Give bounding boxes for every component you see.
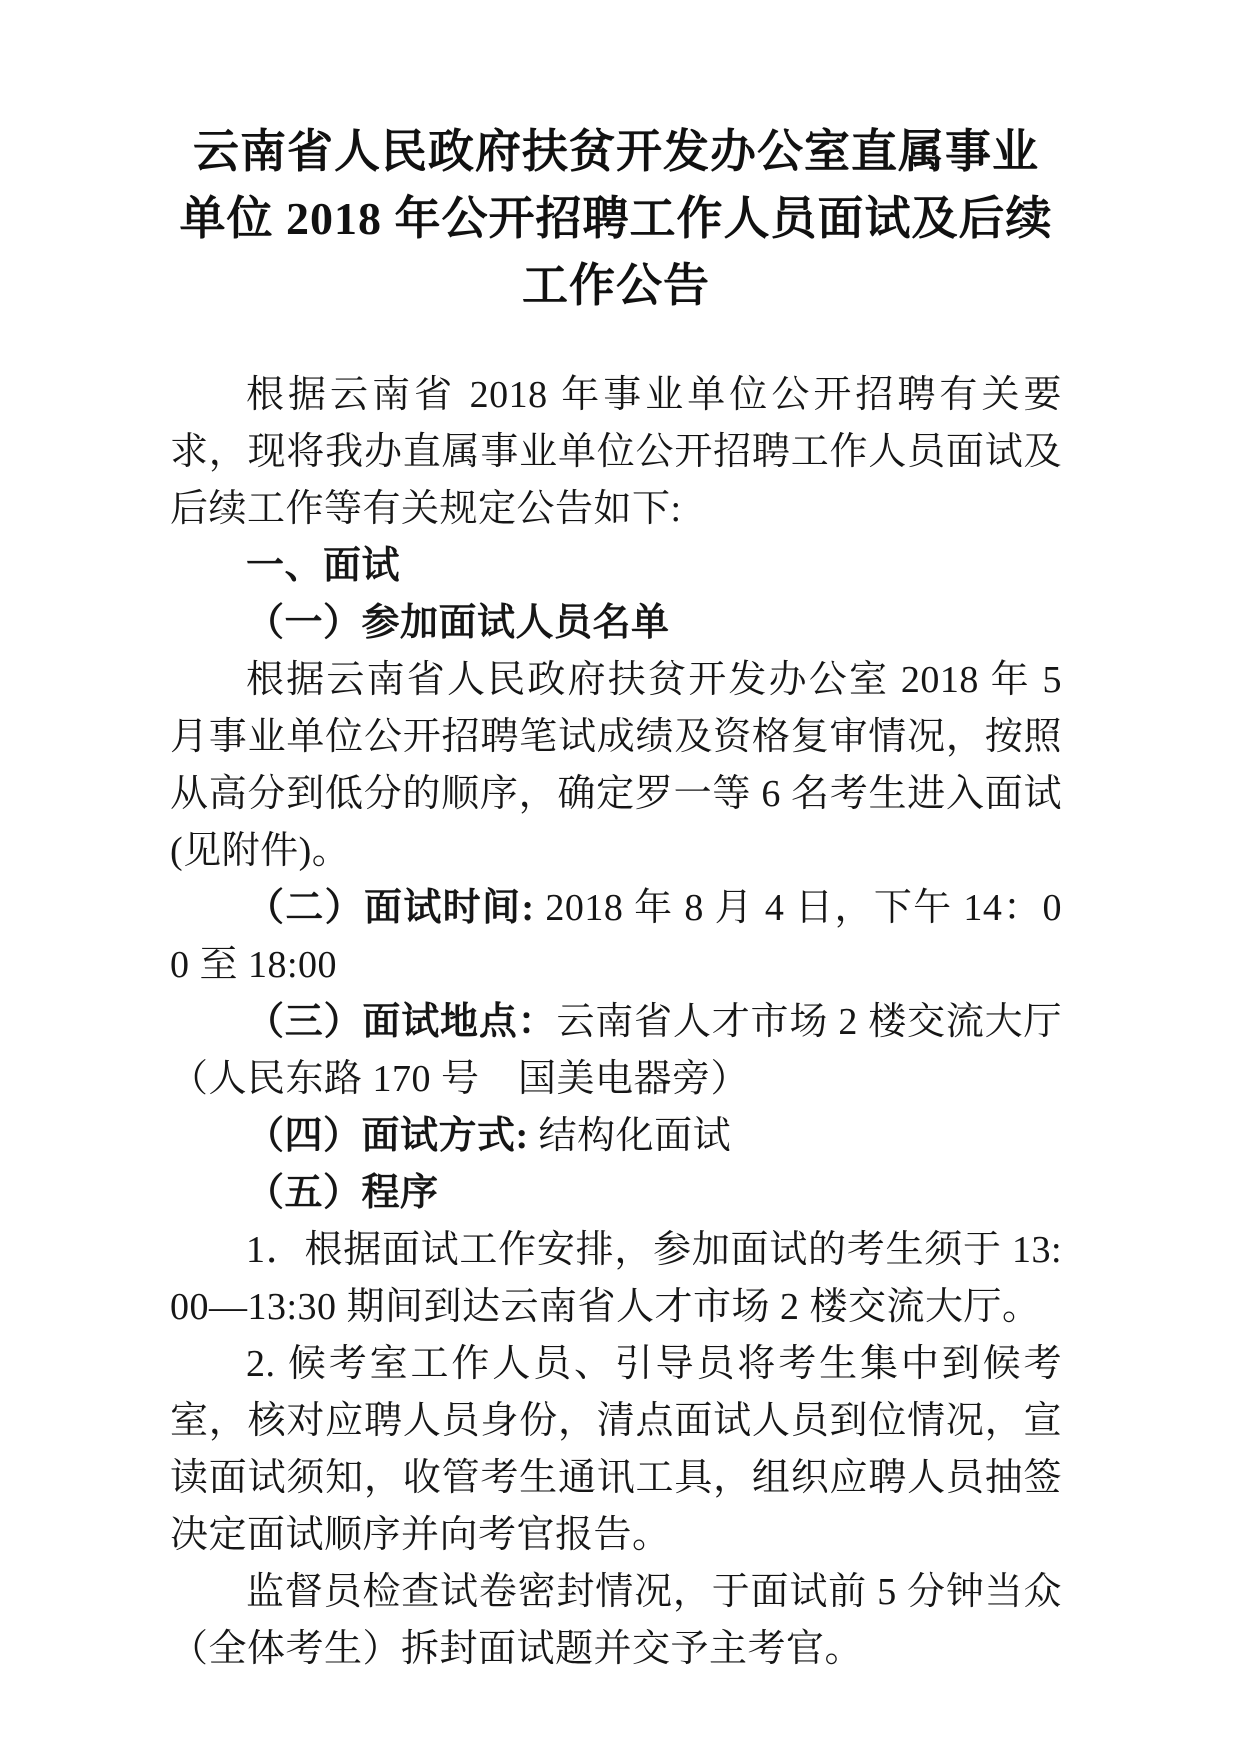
interview-method-value: 结构化面试 [529, 1115, 732, 1157]
interview-place-label: （三）面试地点： [246, 1001, 556, 1043]
roster-subheading: （一）参加面试人员名单 [170, 595, 1062, 652]
interview-method-label: （四）面试方式: [246, 1115, 529, 1157]
intro-paragraph: 根据云南省 2018 年事业单位公开招聘有关要求，现将我办直属事业单位公开招聘工… [170, 367, 1062, 538]
procedure-step-3: 监督员检查试卷密封情况，于面试前 5 分钟当众（全体考生）拆封面试题并交予主考官… [170, 1564, 1062, 1678]
section-interview-heading: 一、面试 [170, 538, 1062, 595]
interview-time-label: （二）面试时间: [246, 887, 535, 929]
document-page: 云南省人民政府扶贫开发办公室直属事业单位 2018 年公开招聘工作人员面试及后续… [0, 0, 1234, 1742]
document-title: 云南省人民政府扶贫开发办公室直属事业单位 2018 年公开招聘工作人员面试及后续… [170, 118, 1062, 319]
interview-time-paragraph: （二）面试时间: 2018 年 8 月 4 日，下午 14：00 至 18:00 [170, 880, 1062, 994]
procedure-step-1: 1．根据面试工作安排，参加面试的考生须于 13:00—13:30 期间到达云南省… [170, 1222, 1062, 1336]
interview-method-paragraph: （四）面试方式: 结构化面试 [170, 1108, 1062, 1165]
roster-paragraph: 根据云南省人民政府扶贫开发办公室 2018 年 5 月事业单位公开招聘笔试成绩及… [170, 652, 1062, 880]
interview-place-paragraph: （三）面试地点：云南省人才市场 2 楼交流大厅（人民东路 170 号 国美电器旁… [170, 994, 1062, 1108]
procedure-subheading: （五）程序 [170, 1165, 1062, 1222]
procedure-step-2: 2. 候考室工作人员、引导员将考生集中到候考室，核对应聘人员身份，清点面试人员到… [170, 1336, 1062, 1564]
